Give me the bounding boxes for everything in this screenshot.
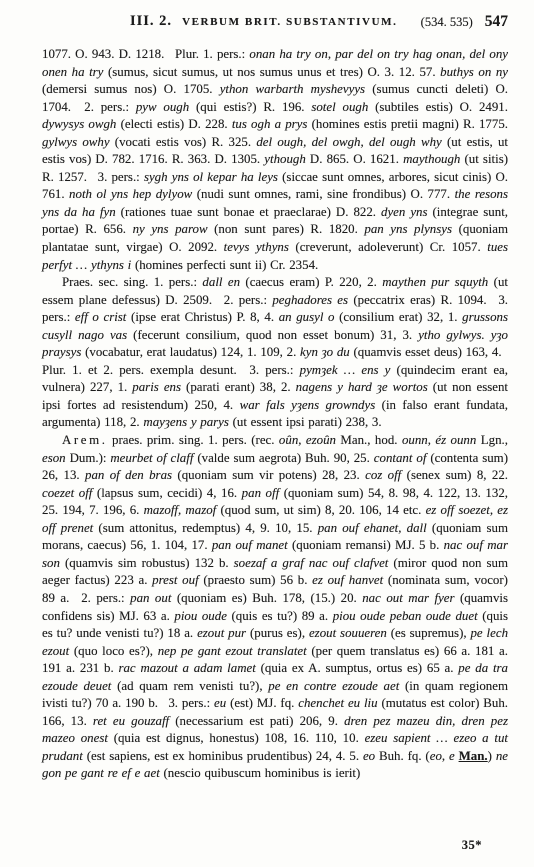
text-segment: (sum attonitus, redemptus) 4, 9. 10, 15. xyxy=(93,521,317,535)
text-segment: tus ogh a prys xyxy=(232,117,308,131)
text-segment: (nudi sunt omnes, rami, sine frondibus) … xyxy=(192,187,454,201)
text-segment: pe en contre ezoude aet xyxy=(268,679,399,693)
text-segment: (homines estis pretii magni) R. 1775. xyxy=(307,117,508,131)
text-segment: (caecus eram) P. 220, 2. xyxy=(240,275,382,289)
text-segment: dall en xyxy=(202,275,240,289)
text-segment: prest ouf xyxy=(152,573,199,587)
text-segment: dywysys owgh xyxy=(42,117,116,131)
text-segment: (ut essent ipsi parati) 238, 3. xyxy=(229,415,382,429)
text-segment: eu xyxy=(214,696,226,710)
text-segment: nac out mar fyer xyxy=(362,591,454,605)
running-title: VERBUM BRIT. SUBSTANTIVUM. xyxy=(182,16,397,28)
text-segment: Lgn., xyxy=(476,433,508,447)
text-segment: an gusyl o xyxy=(279,310,335,324)
text-segment: , xyxy=(298,433,306,447)
paragraph: Praes. sec. sing. 1. pers.: dall en (cae… xyxy=(42,274,508,432)
text-segment: mazoff, mazof xyxy=(144,503,217,517)
page-body: 1077. O. 943. D. 1218. Plur. 1. pers.: o… xyxy=(42,46,508,783)
text-segment: pan yns plynsys xyxy=(364,222,452,236)
text-segment: rac mazout a adam lamet xyxy=(118,661,255,675)
text-segment: eff o crist xyxy=(75,310,127,324)
text-segment: (quamvis sim robustus) 132 b. xyxy=(60,556,234,570)
text-segment: mayȝens y parys xyxy=(143,415,229,429)
text-segment: (quoniam remansi) MJ. 5 b. xyxy=(288,538,444,552)
text-segment: (subtiles estis) O. 2491. xyxy=(368,100,508,114)
text-segment: (creverunt, adoleverunt) Cr. 1057. xyxy=(289,240,487,254)
text-segment: onan ha try on xyxy=(249,47,327,61)
text-segment: kyn ȝo du xyxy=(300,345,350,359)
text-segment: meurbet of claff xyxy=(110,451,193,465)
text-segment: (nescio quibuscum hominibus is ierit) xyxy=(160,766,361,780)
text-segment: pan of den bras xyxy=(85,468,172,482)
text-segment: eson xyxy=(42,451,66,465)
text-segment: (quo loco es?), xyxy=(69,644,157,658)
text-segment: ) xyxy=(488,749,496,763)
text-segment: contant of xyxy=(374,451,427,465)
text-segment: piou oude peban oude duet xyxy=(333,609,478,623)
text-segment: (fecerunt consilium, quod non esset bonu… xyxy=(127,328,418,342)
text-segment: coezet off xyxy=(42,486,92,500)
text-segment: (est) MJ. fq. xyxy=(226,696,298,710)
text-segment: (quia est dignus, honestus) 108, 16. 110… xyxy=(108,731,365,745)
text-segment: gylwys owhy xyxy=(42,135,110,149)
text-segment: ythough xyxy=(264,152,306,166)
text-segment: (consilium erat) 32, 1. xyxy=(334,310,462,324)
text-segment: pan ouf ehanet, dall xyxy=(318,521,427,535)
text-segment: ez ouf hanvet xyxy=(312,573,383,587)
page-number: 547 xyxy=(485,13,508,31)
text-segment: (quoniam es) Buh. 178, (15.) 20. xyxy=(171,591,362,605)
signature-mark: 35* xyxy=(462,838,482,853)
text-segment: dyen yns xyxy=(381,205,428,219)
paragraph: Arem. praes. prim. sing. 1. pers. (rec. … xyxy=(42,432,508,783)
text-segment: (demersi sumus nos) O. 1705. xyxy=(42,82,220,96)
text-segment: maythough xyxy=(403,152,460,166)
text-segment: ret eu gouzaff xyxy=(93,714,169,728)
section-number: III. 2. xyxy=(130,13,172,30)
text-segment: (valde sum aegrota) Buh. 90, 25. xyxy=(193,451,373,465)
text-segment: ezoûn xyxy=(306,433,336,447)
text-segment: chenchet eu liu xyxy=(298,696,377,710)
text-segment: ounn xyxy=(402,433,428,447)
text-segment: (senex sum) 8, 22. xyxy=(401,468,508,482)
text-segment: ny yns parow xyxy=(133,222,208,236)
text-segment: (praesto sum) 56 b. xyxy=(199,573,312,587)
text-segment: (sumus, sicut sumus, ut nos sumus unus e… xyxy=(103,65,440,79)
text-segment: war fals yȝens growndys xyxy=(240,398,376,412)
text-segment: nagens y hard ȝe wortos xyxy=(296,380,428,394)
text-segment: oûn xyxy=(279,433,298,447)
text-segment: 1077. O. 943. D. 1218. Plur. 1. pers.: xyxy=(42,47,249,61)
text-segment: (non sunt pares) R. 1820. xyxy=(208,222,365,236)
running-head-right: (534. 535) 547 xyxy=(421,13,508,31)
text-segment: soezaf a graf nac ouf clafvet xyxy=(234,556,389,570)
text-segment: sotel ough xyxy=(311,100,368,114)
text-segment: (est sapiens, est ex hominibus prudentib… xyxy=(83,749,363,763)
text-segment: Arem. xyxy=(62,433,108,447)
text-segment: (quia ex A. sumptus, ortus es) 65 a. xyxy=(256,661,458,675)
text-segment: e xyxy=(449,749,455,763)
text-segment: praes. prim. sing. 1. pers. (rec. xyxy=(108,433,279,447)
text-segment: éz ounn xyxy=(435,433,476,447)
text-segment: tevys ythyns xyxy=(224,240,289,254)
text-segment: (ipse erat Christus) P. 8, 4. xyxy=(126,310,278,324)
running-head: III. 2. VERBUM BRIT. SUBSTANTIVUM. (534.… xyxy=(42,13,508,35)
text-segment: Man. xyxy=(459,749,488,763)
text-segment: (necessarium est pati) 206, 9. xyxy=(169,714,344,728)
text-segment: eo xyxy=(430,749,442,763)
text-segment: pan ouf manet xyxy=(212,538,288,552)
text-segment: (parati erant) 38, 2. xyxy=(181,380,296,394)
book-page: III. 2. VERBUM BRIT. SUBSTANTIVUM. (534.… xyxy=(0,0,534,867)
text-segment: (lapsus sum, cecidi) 4, 16. xyxy=(92,486,241,500)
text-segment: paris ens xyxy=(132,380,181,394)
text-segment: (qui estis?) R. 196. xyxy=(189,100,311,114)
text-segment: ezout souueren xyxy=(309,626,387,640)
text-segment: Dum.): xyxy=(66,451,111,465)
text-segment: buthys on ny xyxy=(440,65,508,79)
text-segment: Buh. fq. ( xyxy=(375,749,430,763)
text-segment: , xyxy=(442,749,449,763)
text-segment: (rationes tuae sunt bonae et praeclarae)… xyxy=(116,205,381,219)
text-segment: ezout pur xyxy=(197,626,246,640)
column-reference: (534. 535) xyxy=(421,15,473,30)
text-segment: sygh yns ol kepar ha leys xyxy=(144,170,278,184)
text-segment: (quis es tu?) 89 a. xyxy=(227,609,333,623)
text-segment: nep pe gant ezout translatet xyxy=(158,644,307,658)
paragraph: 1077. O. 943. D. 1218. Plur. 1. pers.: o… xyxy=(42,46,508,274)
running-head-center: III. 2. VERBUM BRIT. SUBSTANTIVUM. xyxy=(130,13,397,30)
text-segment: (vocabatur, erat laudatus) 124, 1. 109, … xyxy=(81,345,300,359)
text-segment: maythen pur squyth xyxy=(382,275,488,289)
text-segment: pan off xyxy=(242,486,279,500)
text-segment: piou oude xyxy=(174,609,227,623)
text-segment: ython warbarth myshevyys xyxy=(220,82,365,96)
text-segment: Man., hod. xyxy=(336,433,402,447)
text-segment: peghadores es xyxy=(272,293,348,307)
text-segment: D. 865. O. 1621. xyxy=(306,152,403,166)
text-segment: (electi estis) D. 228. xyxy=(116,117,231,131)
text-segment: (quod sum, ut sim) 8, 20. 106, 14 etc. xyxy=(216,503,425,517)
text-segment: del ough, del owgh, del ough why xyxy=(256,135,441,149)
text-segment: (purus es), xyxy=(246,626,309,640)
text-segment: Praes. sec. sing. 1. pers.: xyxy=(62,275,202,289)
text-segment: pyw ough xyxy=(136,100,189,114)
text-segment: (ad quam rem venisti tu?), xyxy=(111,679,268,693)
text-segment: pan out xyxy=(130,591,171,605)
text-segment: (quoniam sum vir potens) 28, 23. xyxy=(172,468,365,482)
text-segment: (homines perfecti sunt ii) Cr. 2354. xyxy=(131,258,318,272)
text-segment: (vocati estis vos) R. 325. xyxy=(110,135,257,149)
text-segment: (es supremus), xyxy=(387,626,471,640)
text-segment: coz off xyxy=(365,468,401,482)
text-segment: pymȝek … ens y xyxy=(300,363,391,377)
text-segment: eo xyxy=(363,749,375,763)
text-segment: noth ol yns hep dylyow xyxy=(69,187,192,201)
